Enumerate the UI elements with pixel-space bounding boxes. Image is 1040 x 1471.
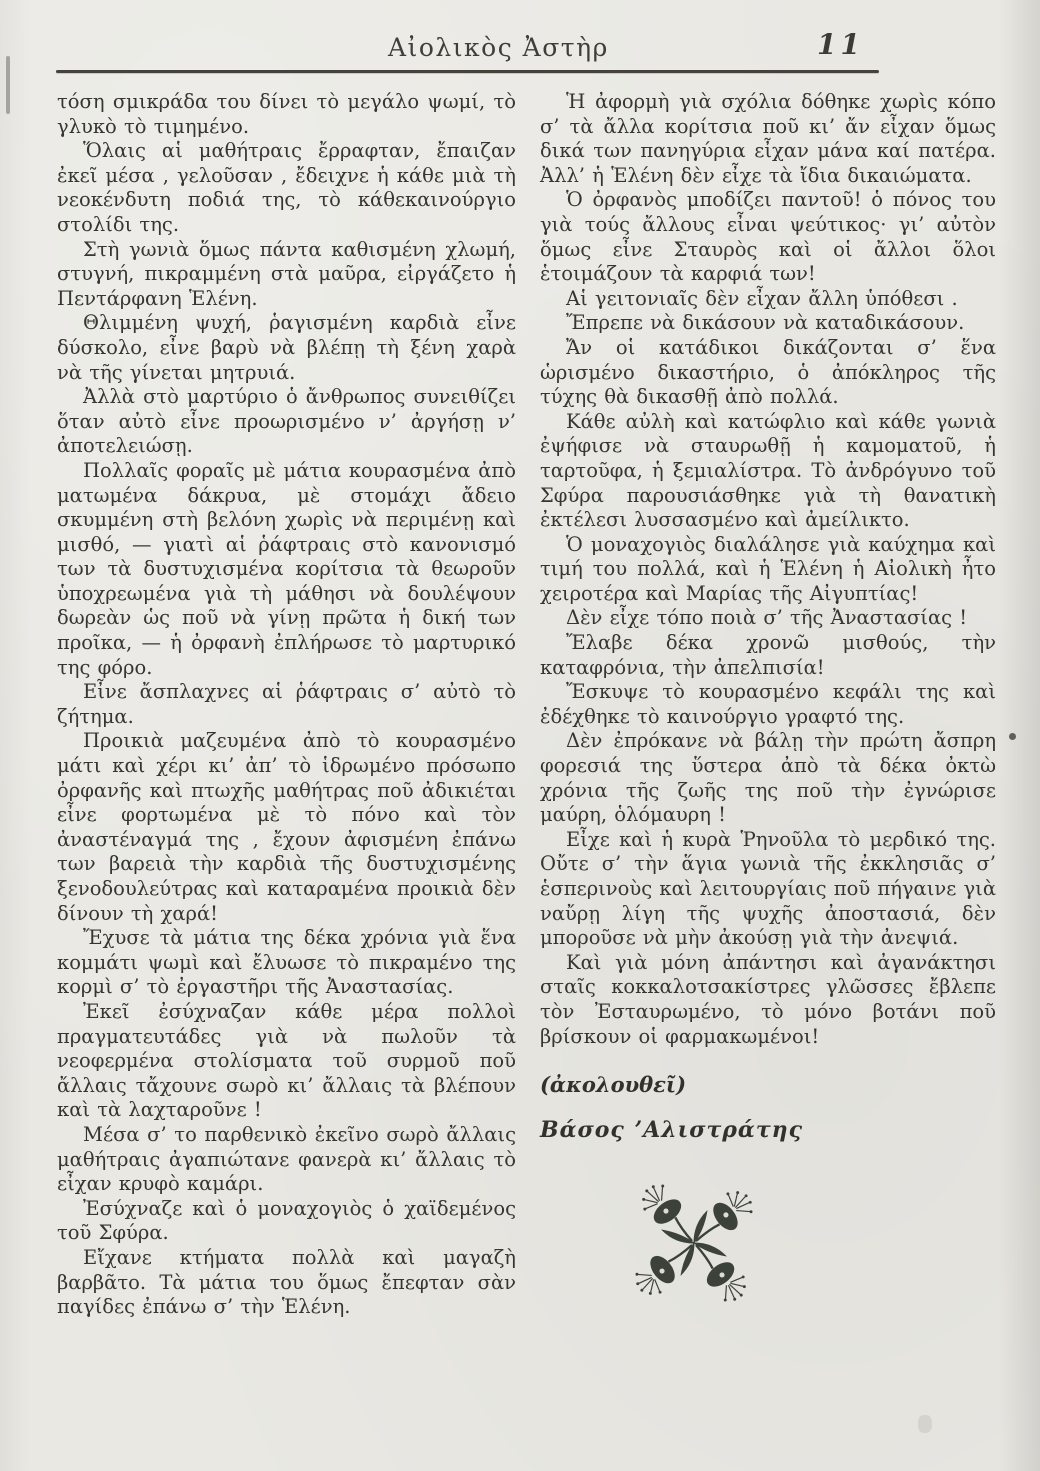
left-text-column: τόση σμικράδα του δίνει τὸ μεγάλο ψωμί, …: [57, 90, 516, 1320]
paragraph: Στὴ γωνιὰ ὅμως πάντα καθισμένη χλωμή, στ…: [57, 238, 516, 312]
paragraph: τόση σμικράδα του δίνει τὸ μεγάλο ψωμί, …: [57, 90, 516, 139]
paragraph: Ἐσύχναζε καὶ ὁ μοναχογιὸς ὁ χαϊδεμένος τ…: [57, 1197, 516, 1246]
paragraph: Μέσα σ’ το παρθενικὸ ἐκεῖνο σωρὸ ἄλλαις …: [57, 1123, 516, 1197]
paragraph: Ἐκεῖ ἐσύχναζαν κάθε μέρα πολλοὶ πραγματε…: [57, 1000, 516, 1123]
header-rule: [56, 70, 879, 73]
paragraph: Προικιὰ μαζευμένα ἀπὸ τὸ κουρασμένο μάτι…: [57, 729, 516, 926]
paragraph: Εἶχε καὶ ἡ κυρὰ Ῥηνοῦλα τὸ μερδικό της. …: [540, 828, 996, 951]
paragraph: Ὁ μοναχογιὸς διαλάλησε γιὰ καύχημα καὶ τ…: [540, 533, 996, 607]
paragraph: Θλιμμένη ψυχή, ῥαγισμένη καρδιὰ εἶνε δύσ…: [57, 311, 516, 385]
paragraph: Ἡ ἀφορμὴ γιὰ σχόλια δόθηκε χωρὶς κόπο σ’…: [540, 90, 996, 188]
paragraph: Εἴχανε κτήματα πολλὰ καὶ μαγαζὴ βαρβᾶτο.…: [57, 1246, 516, 1320]
right-text-column: Ἡ ἀφορμὴ γιὰ σχόλια δόθηκε χωρὶς κόπο σ’…: [540, 90, 996, 1309]
scan-artifact-edge-dash: [6, 56, 10, 114]
paragraph: Πολλαῖς φοραῖς μὲ μάτια κουρασμένα ἀπὸ μ…: [57, 459, 516, 680]
paragraph: Ὁ ὀρφανὸς μποδίζει παντοῦ! ὁ πόνος του γ…: [540, 188, 996, 286]
paragraph: Ἔσκυψε τὸ κουρασμένο κεφάλι της καὶ ἐδέχ…: [540, 680, 996, 729]
author-signature: Βάσος ’Αλιστράτης: [540, 1118, 996, 1143]
paragraph: Ἔπρεπε νὰ δικάσουν νὰ καταδικάσουν.: [540, 311, 996, 336]
paragraph: Δὲν εἶχε τόπο ποιὰ σ’ τῆς Ἀναστασίας !: [540, 606, 996, 631]
paragraph: Καὶ γιὰ μόνη ἀπάντησι καὶ ἀγανάκτησι στα…: [540, 951, 996, 1049]
publication-title: Αἰολικὸς Ἀστὴρ: [388, 33, 638, 62]
paragraph: Ἀλλὰ στὸ μαρτύριο ὁ ἄνθρωπος συνειθίζει …: [57, 385, 516, 459]
right-column-paragraphs: Ἡ ἀφορμὴ γιὰ σχόλια δόθηκε χωρὶς κόπο σ’…: [540, 90, 996, 1049]
paragraph: Ἔχυσε τὰ μάτια της δέκα χρόνια γιὰ ἕνα κ…: [57, 926, 516, 1000]
scanned-page: Αἰολικὸς Ἀστὴρ 11 τόση σμικράδα του δίνε…: [0, 0, 1040, 1471]
floral-ornament-icon: [635, 1184, 753, 1302]
continuation-note: (ἀκολουθεῖ): [540, 1073, 996, 1098]
paragraph: Εἶνε ἄσπλαχνες αἱ ῥάφτραις σ’ αὐτὸ τὸ ζή…: [57, 680, 516, 729]
scan-artifact-ink-dot: [1009, 733, 1016, 740]
paragraph: Ἄν οἱ κατάδικοι δικάζονται σ’ ἕνα ὡρισμέ…: [540, 336, 996, 410]
paragraph: Κάθε αὐλὴ καὶ κατώφλιο καὶ κάθε γωνιὰ ἐψ…: [540, 410, 996, 533]
paragraph: Αἱ γειτονιαῖς δὲν εἶχαν ἄλλη ὑπόθεσι .: [540, 287, 996, 312]
paragraph: Ὅλαις αἱ μαθήτραις ἔρραφταν, ἔπαιζαν ἐκε…: [57, 139, 516, 237]
page-number: 11: [817, 28, 864, 61]
paragraph: Δὲν ἐπρόκανε νὰ βάλῃ τὴν πρώτη ἄσπρη φορ…: [540, 729, 996, 827]
paragraph: Ἔλαβε δέκα χρονῶ μισθούς, τὴν καταφρόνια…: [540, 631, 996, 680]
scan-artifact-smudge: [918, 1415, 932, 1433]
